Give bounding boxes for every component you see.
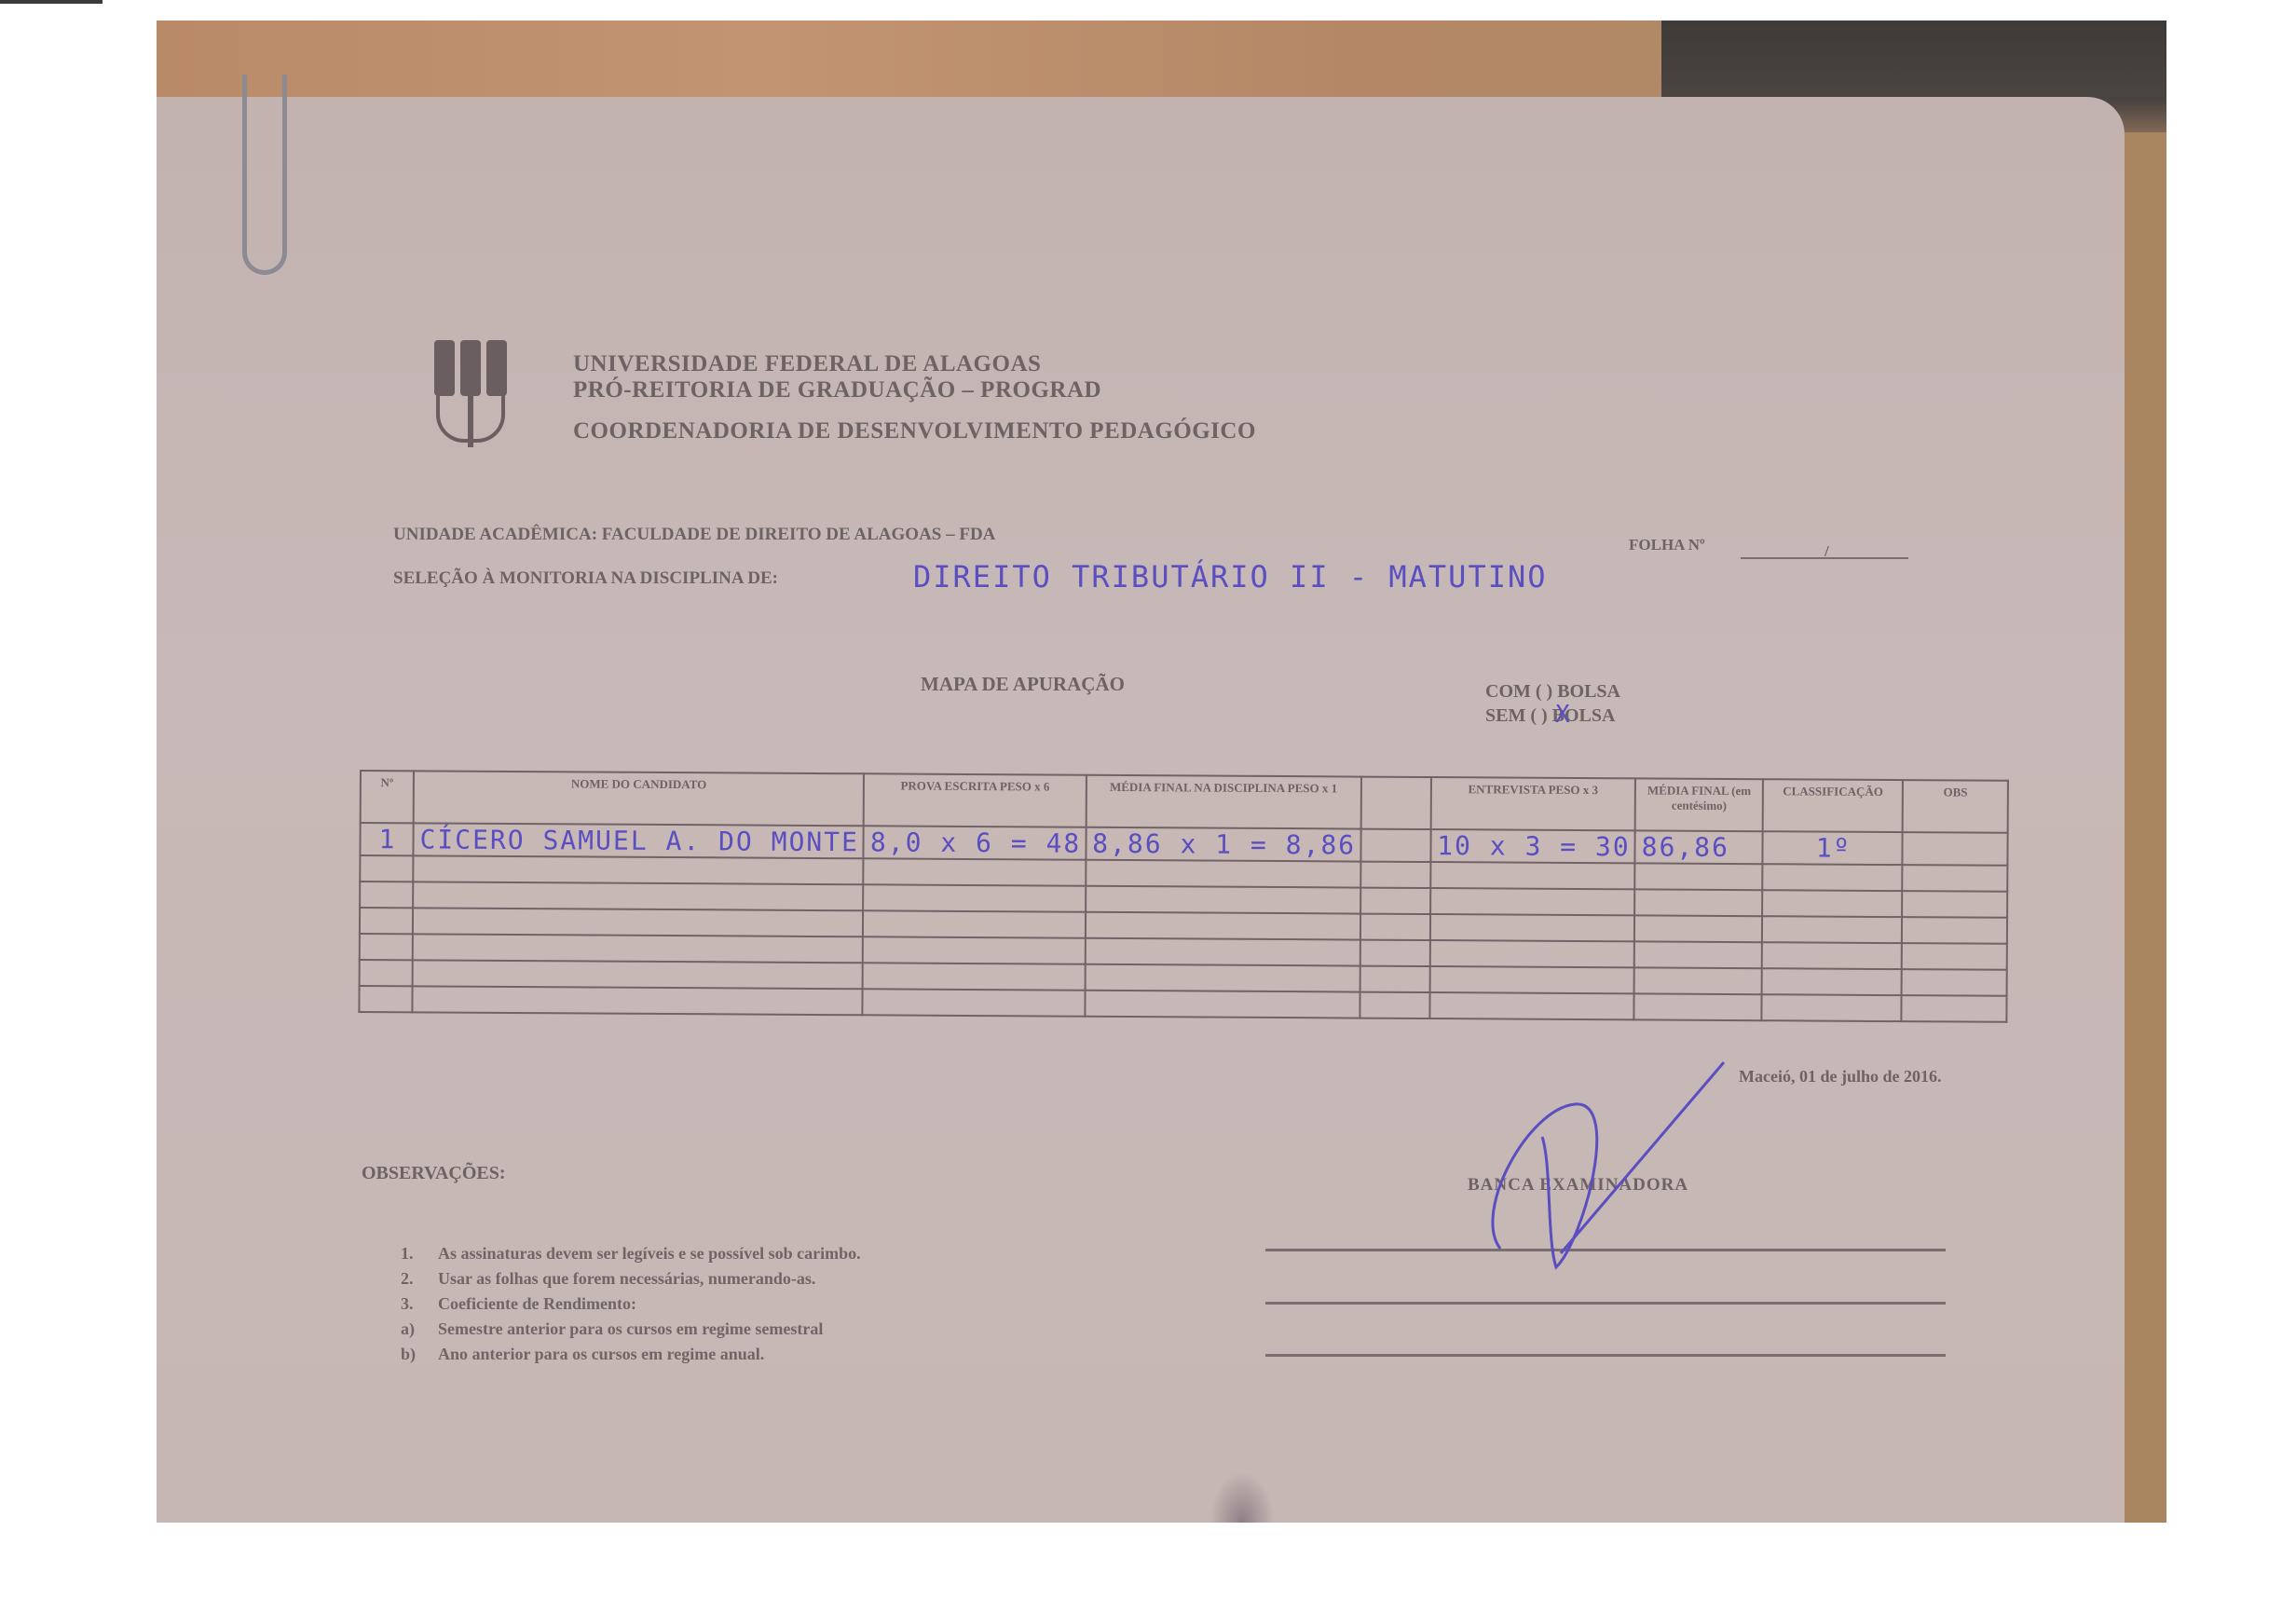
table-cell bbox=[863, 989, 1085, 1016]
table-cell bbox=[413, 855, 864, 884]
table-cell bbox=[1762, 864, 1902, 891]
table-cell bbox=[360, 881, 413, 908]
observacao-item: 3.Coeficiente de Rendimento: bbox=[401, 1291, 861, 1317]
table-cell bbox=[1085, 964, 1360, 992]
table-cell bbox=[1634, 967, 1762, 994]
table-cell bbox=[1902, 943, 2007, 970]
table-cell bbox=[1902, 917, 2007, 944]
table-cell bbox=[1085, 938, 1360, 966]
table-cell bbox=[1902, 969, 2007, 996]
table-cell bbox=[863, 884, 1085, 911]
table-cell bbox=[1762, 890, 1902, 917]
signature-line bbox=[1265, 1302, 1946, 1305]
column-header: ENTREVISTA PESO x 3 bbox=[1430, 777, 1635, 830]
paperclip-icon bbox=[242, 75, 287, 275]
column-header: MÉDIA FINAL NA DISCIPLINA PESO x 1 bbox=[1086, 775, 1360, 829]
table-cell bbox=[1903, 865, 2008, 892]
table-cell bbox=[413, 908, 864, 936]
unidade-academica: UNIDADE ACADÊMICA: FACULDADE DE DIREITO … bbox=[393, 525, 995, 545]
table-cell bbox=[413, 960, 864, 989]
table-cell: 1º bbox=[1763, 831, 1903, 865]
table-cell: 1 bbox=[360, 823, 413, 855]
observacoes-list: 1.As assinaturas devem ser legíveis e se… bbox=[401, 1241, 861, 1367]
table-cell bbox=[1085, 991, 1360, 1018]
finger-shadow bbox=[1209, 1471, 1275, 1523]
table-cell bbox=[1360, 966, 1429, 992]
table-cell: 8,86 x 1 = 8,86 bbox=[1086, 827, 1360, 862]
table-cell bbox=[1086, 912, 1360, 940]
table-cell: 86,86 bbox=[1635, 830, 1763, 864]
table-cell bbox=[1634, 993, 1762, 1020]
mapa-title: MAPA DE APURAÇÃO bbox=[921, 673, 1125, 696]
handwritten-signature-icon bbox=[1472, 1053, 1733, 1277]
observacao-item: b)Ano anterior para os cursos em regime … bbox=[401, 1342, 861, 1367]
table-cell bbox=[1634, 863, 1762, 890]
table-cell: 8,0 x 6 = 48 bbox=[864, 826, 1086, 859]
table-cell bbox=[1429, 940, 1634, 967]
table-cell bbox=[1086, 860, 1360, 888]
table-cell bbox=[1360, 992, 1429, 1018]
sem-bolsa-mark: X bbox=[1555, 701, 1572, 729]
table-cell bbox=[863, 963, 1085, 990]
table-cell bbox=[1429, 966, 1634, 993]
folha-label: FOLHA Nº bbox=[1629, 536, 1705, 554]
sem-bolsa-option: SEM ( ) BOLSA bbox=[1485, 705, 1615, 727]
table-cell bbox=[360, 960, 413, 986]
table-cell bbox=[1634, 889, 1762, 916]
table-cell bbox=[413, 934, 864, 963]
table-cell bbox=[1903, 832, 2008, 866]
table-cell bbox=[360, 908, 413, 934]
column-header: NOME DO CANDIDATO bbox=[414, 771, 865, 826]
table-cell bbox=[1902, 891, 2007, 918]
table-cell bbox=[1086, 886, 1360, 914]
table-cell bbox=[1430, 862, 1635, 889]
selecao-label: SELEÇÃO À MONITORIA NA DISCIPLINA DE: bbox=[393, 568, 778, 589]
table-cell bbox=[359, 986, 412, 1012]
pro-rectory-name: PRÓ-REITORIA DE GRADUAÇÃO – PROGRAD bbox=[573, 378, 1101, 402]
observacao-item: a)Semestre anterior para os cursos em re… bbox=[401, 1317, 861, 1342]
table-cell bbox=[1430, 888, 1635, 915]
signature-line bbox=[1265, 1354, 1946, 1357]
table-cell bbox=[1360, 829, 1430, 862]
table-cell bbox=[864, 858, 1086, 885]
table-cell bbox=[1360, 940, 1429, 966]
table-cell bbox=[863, 936, 1085, 963]
table-cell bbox=[413, 881, 864, 910]
table-cell bbox=[360, 855, 413, 881]
column-header: OBS bbox=[1903, 780, 2008, 833]
folha-separator: / bbox=[1824, 542, 1829, 561]
date-line: Maceió, 01 de julho de 2016. bbox=[1739, 1067, 1942, 1086]
ufal-coat-of-arms-icon bbox=[429, 340, 512, 452]
table-cell bbox=[1634, 915, 1762, 942]
table-cell bbox=[1762, 916, 1902, 943]
table-cell bbox=[1634, 941, 1762, 968]
institution-name: UNIVERSIDADE FEDERAL DE ALAGOAS bbox=[573, 352, 1041, 376]
table-cell bbox=[1360, 862, 1430, 888]
table-cell bbox=[360, 934, 413, 960]
wood-edge bbox=[2125, 132, 2166, 1523]
table-cell bbox=[863, 910, 1085, 937]
com-bolsa-option: COM ( ) BOLSA bbox=[1485, 681, 1620, 703]
column-header bbox=[1360, 777, 1430, 829]
table-cell bbox=[1429, 992, 1634, 1019]
observacao-item: 2.Usar as folhas que forem necessárias, … bbox=[401, 1266, 861, 1291]
column-header: CLASSIFICAÇÃO bbox=[1763, 779, 1903, 832]
column-header: PROVA ESCRITA PESO x 6 bbox=[864, 773, 1086, 827]
observacao-item: 1.As assinaturas devem ser legíveis e se… bbox=[401, 1241, 861, 1266]
selecao-value: DIREITO TRIBUTÁRIO II - MATUTINO bbox=[913, 559, 1548, 594]
scan-edge-mark bbox=[0, 0, 102, 4]
table-cell bbox=[1360, 914, 1429, 940]
coordination-name: COORDENADORIA DE DESENVOLVIMENTO PEDAGÓG… bbox=[573, 419, 1256, 443]
table-cell bbox=[1430, 914, 1635, 941]
table-cell: CÍCERO SAMUEL A. DO MONTE bbox=[413, 823, 864, 858]
table-cell bbox=[1762, 994, 1902, 1021]
observacoes-title: OBSERVAÇÕES: bbox=[362, 1163, 506, 1184]
column-header: Nº bbox=[361, 771, 414, 823]
table-cell bbox=[1762, 942, 1902, 969]
table-cell bbox=[1762, 968, 1902, 995]
mapa-table: NºNOME DO CANDIDATOPROVA ESCRITA PESO x … bbox=[358, 770, 2009, 1023]
column-header: MÉDIA FINAL (em centésimo) bbox=[1635, 778, 1763, 831]
table-cell bbox=[1902, 995, 2007, 1022]
table-cell bbox=[412, 986, 863, 1015]
table-cell: 10 x 3 = 30 bbox=[1430, 829, 1635, 863]
table-cell bbox=[1360, 888, 1430, 914]
